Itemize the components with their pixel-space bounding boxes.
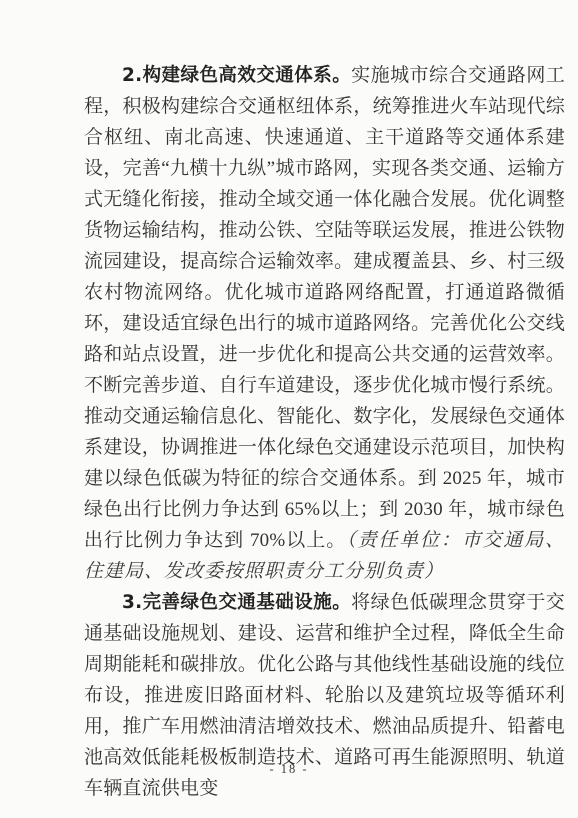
document-page: 2.构建绿色高效交通体系。实施城市综合交通路网工程，积极构建综合交通枢纽体系，统…	[0, 0, 578, 818]
document-body: 2.构建绿色高效交通体系。实施城市综合交通路网工程，积极构建综合交通枢纽体系，统…	[84, 60, 565, 804]
paragraph-section-2: 2.构建绿色高效交通体系。实施城市综合交通路网工程，积极构建综合交通枢纽体系，统…	[84, 60, 565, 587]
text-run-bold: 2.构建绿色高效交通体系。	[122, 65, 351, 86]
text-run-bold: 3.完善绿色交通基础设施。	[122, 592, 351, 613]
page-number: - 18 -	[0, 762, 578, 777]
text-run-regular: 实施城市综合交通路网工程，积极构建综合交通枢纽体系，统筹推进火车站现代综合枢纽、…	[84, 65, 565, 551]
